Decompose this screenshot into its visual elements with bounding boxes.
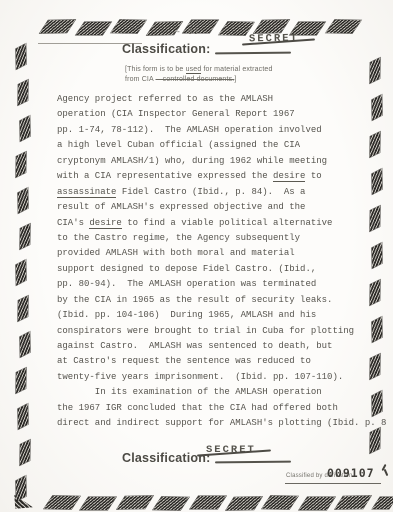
body-text: Agency project referred to as the AMLASH…	[57, 92, 393, 432]
document-number-stamp: 009107	[327, 466, 375, 480]
hatch-mark	[20, 223, 30, 249]
form-note: [This form is to be used for material ex…	[125, 65, 340, 84]
hatch-mark	[254, 20, 290, 33]
body-line: operation (CIA Inspector General Report …	[57, 107, 393, 122]
body-line: with a CIA representative expressed the …	[57, 169, 393, 184]
hatch-mark	[299, 497, 335, 510]
body-line: Agency project referred to as the AMLASH	[57, 92, 393, 107]
hatch-mark	[16, 475, 26, 501]
hatch-mark	[18, 403, 28, 429]
hatch-mark	[325, 20, 361, 33]
classification-label-bottom: Classification:	[122, 451, 210, 465]
document-page: - 83 - SECRET Classification: [This form…	[0, 0, 393, 512]
body-line: to the Castro regime, the Agency subsequ…	[57, 231, 393, 246]
hatch-mark	[75, 22, 111, 35]
body-line: the 1967 IGR concluded that the CIA had …	[57, 401, 393, 416]
hatch-mark	[18, 79, 28, 105]
hatch-mark	[16, 259, 26, 285]
classification-line-top: Classification:	[122, 42, 291, 56]
hatch-mark	[262, 496, 298, 509]
hatch-mark	[16, 151, 26, 177]
page-number: - 83 -	[176, 28, 211, 37]
body-line: provided AMLASH with both moral and mate…	[57, 246, 393, 261]
hatch-mark	[40, 20, 76, 33]
hatch-mark	[16, 43, 26, 69]
hatch-mark	[20, 331, 30, 357]
derivation-rule	[285, 483, 381, 484]
body-line: support designed to depose Fidel Castro.…	[57, 262, 393, 277]
hatch-mark	[18, 295, 28, 321]
hatch-mark	[117, 496, 154, 509]
hatch-mark	[153, 497, 189, 510]
body-line: pp. 1-74, 78-112). The AMLASH operation …	[57, 123, 393, 138]
hatch-mark	[16, 367, 26, 393]
body-line: assassinate Fidel Castro (Ibid., p. 84).…	[57, 185, 393, 200]
body-line: (Ibid. pp. 104-106) During 1965, AMLASH …	[57, 308, 393, 323]
hatch-mark	[370, 57, 380, 83]
hatch-mark	[18, 187, 28, 213]
body-line: conspirators were brought to trial in Cu…	[57, 324, 393, 339]
body-line: twenty-five years imprisonment. (Ibid. p…	[57, 370, 393, 385]
hatch-mark	[189, 496, 225, 509]
body-line: against Castro. AMLASH was sentenced to …	[57, 339, 393, 354]
body-line: result of AMLASH's expressed objective a…	[57, 200, 393, 215]
hatch-mark	[20, 439, 30, 465]
classification-line-bottom: Classification:	[122, 451, 291, 465]
body-line: cryptonym AMLASH/1) who, during 1962 whi…	[57, 154, 393, 169]
pen-mark	[384, 469, 389, 476]
hatch-mark	[335, 496, 372, 509]
classification-blank-rule-top	[215, 52, 291, 55]
body-line: pp. 80-94). The AMLASH operation was ter…	[57, 277, 393, 292]
body-line: CIA's desire to find a viable political …	[57, 216, 393, 231]
hatch-mark	[111, 20, 147, 33]
body-line: by the CIA in 1965 as the result of secu…	[57, 293, 393, 308]
body-line: at Castro's request the sentence was red…	[57, 354, 393, 369]
hatch-mark	[44, 496, 80, 509]
classification-label-top: Classification:	[122, 42, 210, 56]
body-line: direct and indirect support for AMLASH's…	[57, 416, 393, 431]
hatch-mark	[20, 115, 30, 141]
body-line: a high level Cuban official (assigned th…	[57, 138, 393, 153]
form-note-line: from CIA —controlled documents.]	[125, 75, 340, 85]
hatch-mark	[372, 497, 393, 509]
body-line: In its examination of the AMLASH operati…	[57, 385, 393, 400]
hatch-mark	[80, 497, 116, 510]
hatch-mark	[226, 497, 263, 510]
classification-blank-rule-bottom	[215, 461, 291, 464]
form-note-line: [This form is to be used for material ex…	[125, 65, 340, 75]
